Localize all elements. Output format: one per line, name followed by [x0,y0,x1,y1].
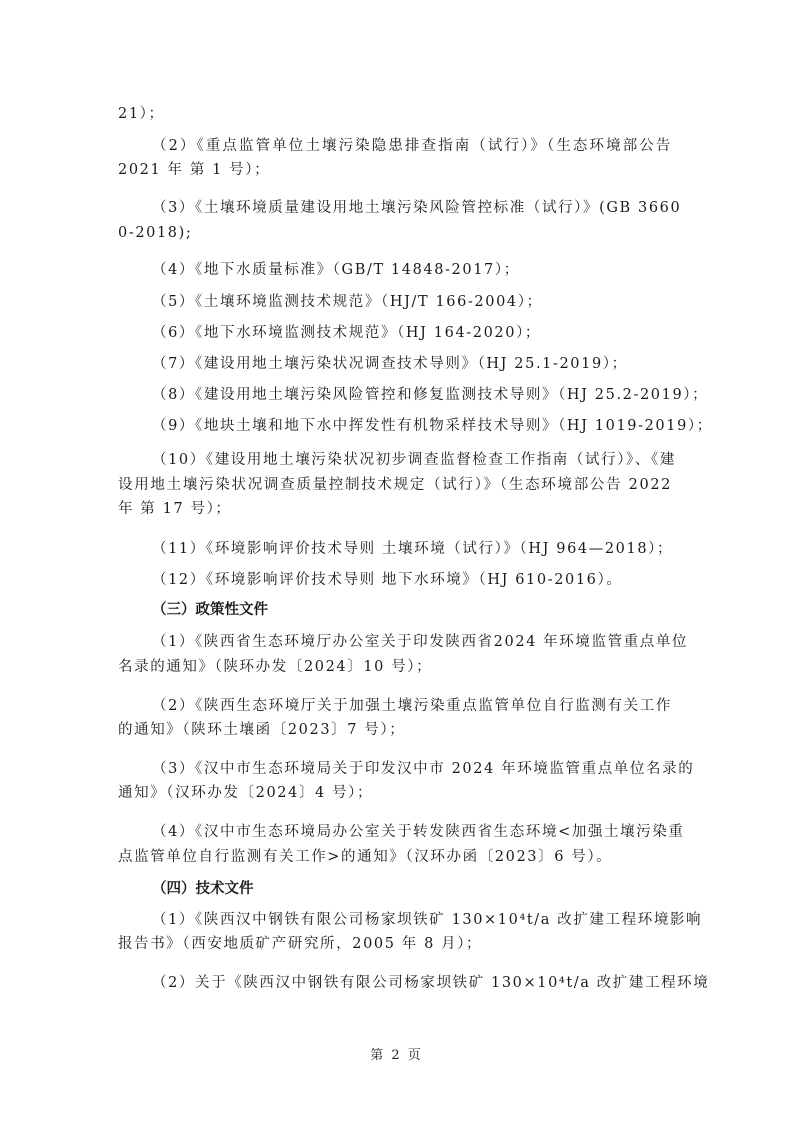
text-line: （2）《重点监管单位土壤污染隐患排查指南（试行）》（生态环境部公告 [152,136,672,156]
text-line: （5）《土壤环境监测技术规范》（HJ/T 166-2004）； [152,292,672,312]
text-line: 名录的通知》（陕环办发〔2024〕10 号）； [118,657,672,677]
page-number: 第 2 页 [0,1044,793,1063]
text-line: 通知》（汉环办发〔2024〕4 号）； [118,783,672,803]
text-line: （2）《陕西生态环境厅关于加强土壤污染重点监管单位自行监测有关工作 [152,696,672,716]
text-line: 设用地土壤污染状况调查质量控制技术规定（试行）》（生态环境部公告 2022 [118,475,672,495]
text-line: （9）《地块土壤和地下水中挥发性有机物采样技术导则》（HJ 1019-2019）… [152,416,672,436]
text-line: （11）《环境影响评价技术导则 土壤环境（试行）》（HJ 964—2018）； [152,539,672,559]
text-line: （3）《汉中市生态环境局关于印发汉中市 2024 年环境监管重点单位名录的 [152,759,672,779]
text-line: 点监管单位自行监测有关工作>的通知》（汉环办函〔2023〕6 号）。 [118,847,672,867]
text-line: （1）《陕西汉中钢铁有限公司杨家坝铁矿 130×10⁴t/a 改扩建工程环境影响 [152,910,672,930]
section-heading: （四）技术文件 [152,879,672,899]
text-line: 2021 年 第 1 号）； [118,160,672,180]
text-line: （4）《地下水质量标准》（GB/T 14848-2017）； [152,260,672,280]
text-line: 年 第 17 号）； [118,499,672,519]
text-line: （2）关于《陕西汉中钢铁有限公司杨家坝铁矿 130×10⁴t/a 改扩建工程环境 [152,973,672,993]
text-line: （12）《环境影响评价技术导则 地下水环境》（HJ 610-2016）。 [152,570,672,590]
text-line: （1）《陕西省生态环境厅办公室关于印发陕西省2024 年环境监管重点单位 [152,632,672,652]
text-line: （7）《建设用地土壤污染状况调查技术导则》（HJ 25.1-2019）； [152,354,672,374]
section-heading: （三）政策性文件 [152,600,672,620]
text-line: 报告书》（西安地质矿产研究所，2005 年 8 月）； [118,934,672,954]
text-line: （3）《土壤环境质量建设用地土壤污染风险管控标准（试行）》(GB 3660 [152,198,672,218]
text-line: （10）《建设用地土壤污染状况初步调查监督检查工作指南（试行）》、《建 [152,450,672,470]
text-line: （6）《地下水环境监测技术规范》（HJ 164-2020）； [152,323,672,343]
text-line: 0-2018); [118,223,672,243]
text-line: 的通知》（陕环土壤函〔2023〕7 号）； [118,720,672,740]
text-line: 21）； [118,104,672,124]
text-line: （4）《汉中市生态环境局办公室关于转发陕西省生态环境<加强土壤污染重 [152,822,672,842]
text-line: （8）《建设用地土壤污染风险管控和修复监测技术导则》（HJ 25.2-2019）… [152,385,672,405]
